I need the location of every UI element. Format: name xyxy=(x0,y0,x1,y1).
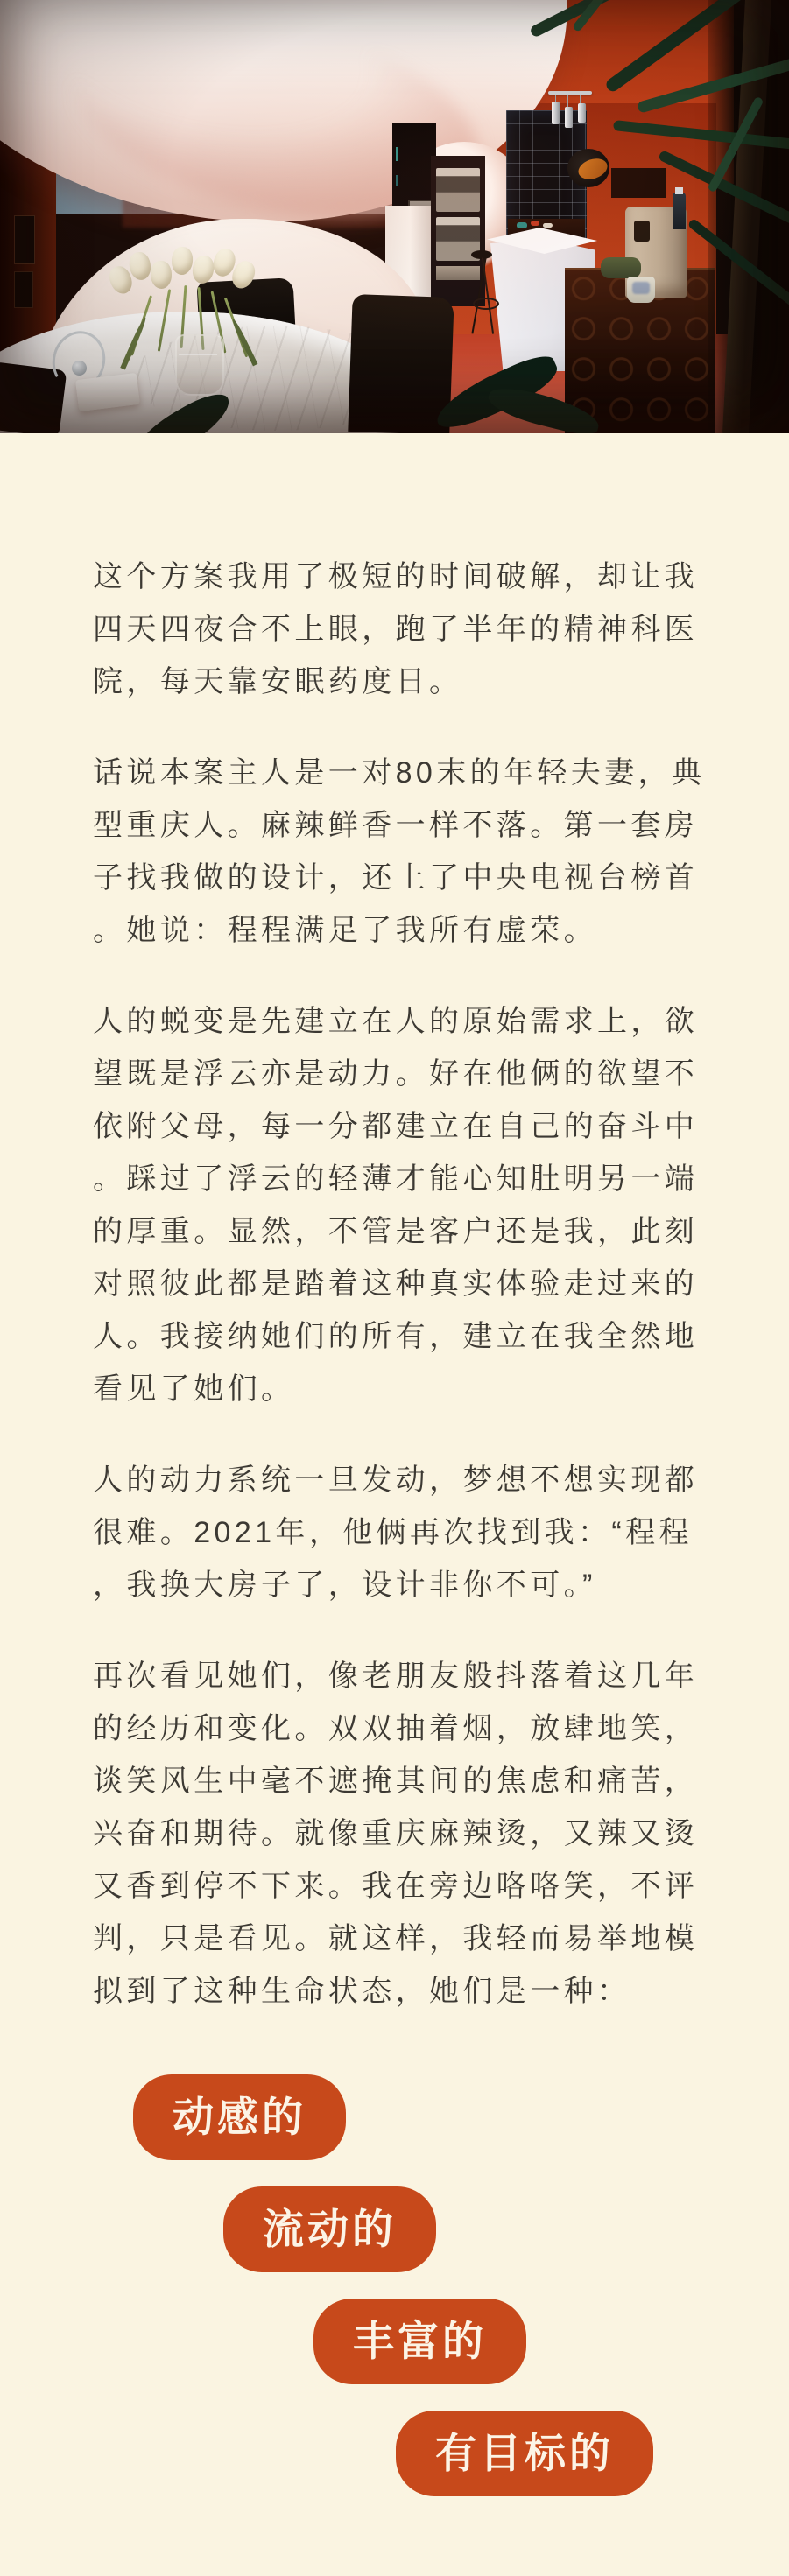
hero-photo[interactable] xyxy=(0,0,789,433)
photo-color-cast xyxy=(0,0,789,433)
tag-badge-rich: 丰富的 xyxy=(313,2299,526,2384)
article-paragraph-4: 人的动力系统一旦发动，梦想不想实现都很难。2021年，他俩再次找到我：“程程，我… xyxy=(93,1454,706,1611)
tag-badge-purposeful: 有目标的 xyxy=(396,2411,653,2496)
article-paragraph-2: 话说本案主人是一对80末的年轻夫妻，典型重庆人。麻辣鲜香一样不落。第一套房子找我… xyxy=(93,747,706,957)
article-body: 这个方案我用了极短的时间破解，却让我四天四夜合不上眼，跑了半年的精神科医院，每天… xyxy=(93,551,706,2018)
tag-badge-flowing: 流动的 xyxy=(223,2186,436,2272)
article-paragraph-5: 再次看见她们，像老朋友般抖落着这几年的经历和变化。双双抽着烟，放肆地笑，谈笑风生… xyxy=(93,1650,706,2018)
tag-list: 动感的 流动的 丰富的 有目标的 xyxy=(0,2074,789,2496)
article-page: 这个方案我用了极短的时间破解，却让我四天四夜合不上眼，跑了半年的精神科医院，每天… xyxy=(0,0,789,2576)
article-paragraph-1: 这个方案我用了极短的时间破解，却让我四天四夜合不上眼，跑了半年的精神科医院，每天… xyxy=(93,551,706,708)
article-paragraph-3: 人的蜕变是先建立在人的原始需求上，欲望既是浮云亦是动力。好在他俩的欲望不依附父母… xyxy=(93,995,706,1415)
tag-badge-dynamic: 动感的 xyxy=(133,2074,346,2160)
